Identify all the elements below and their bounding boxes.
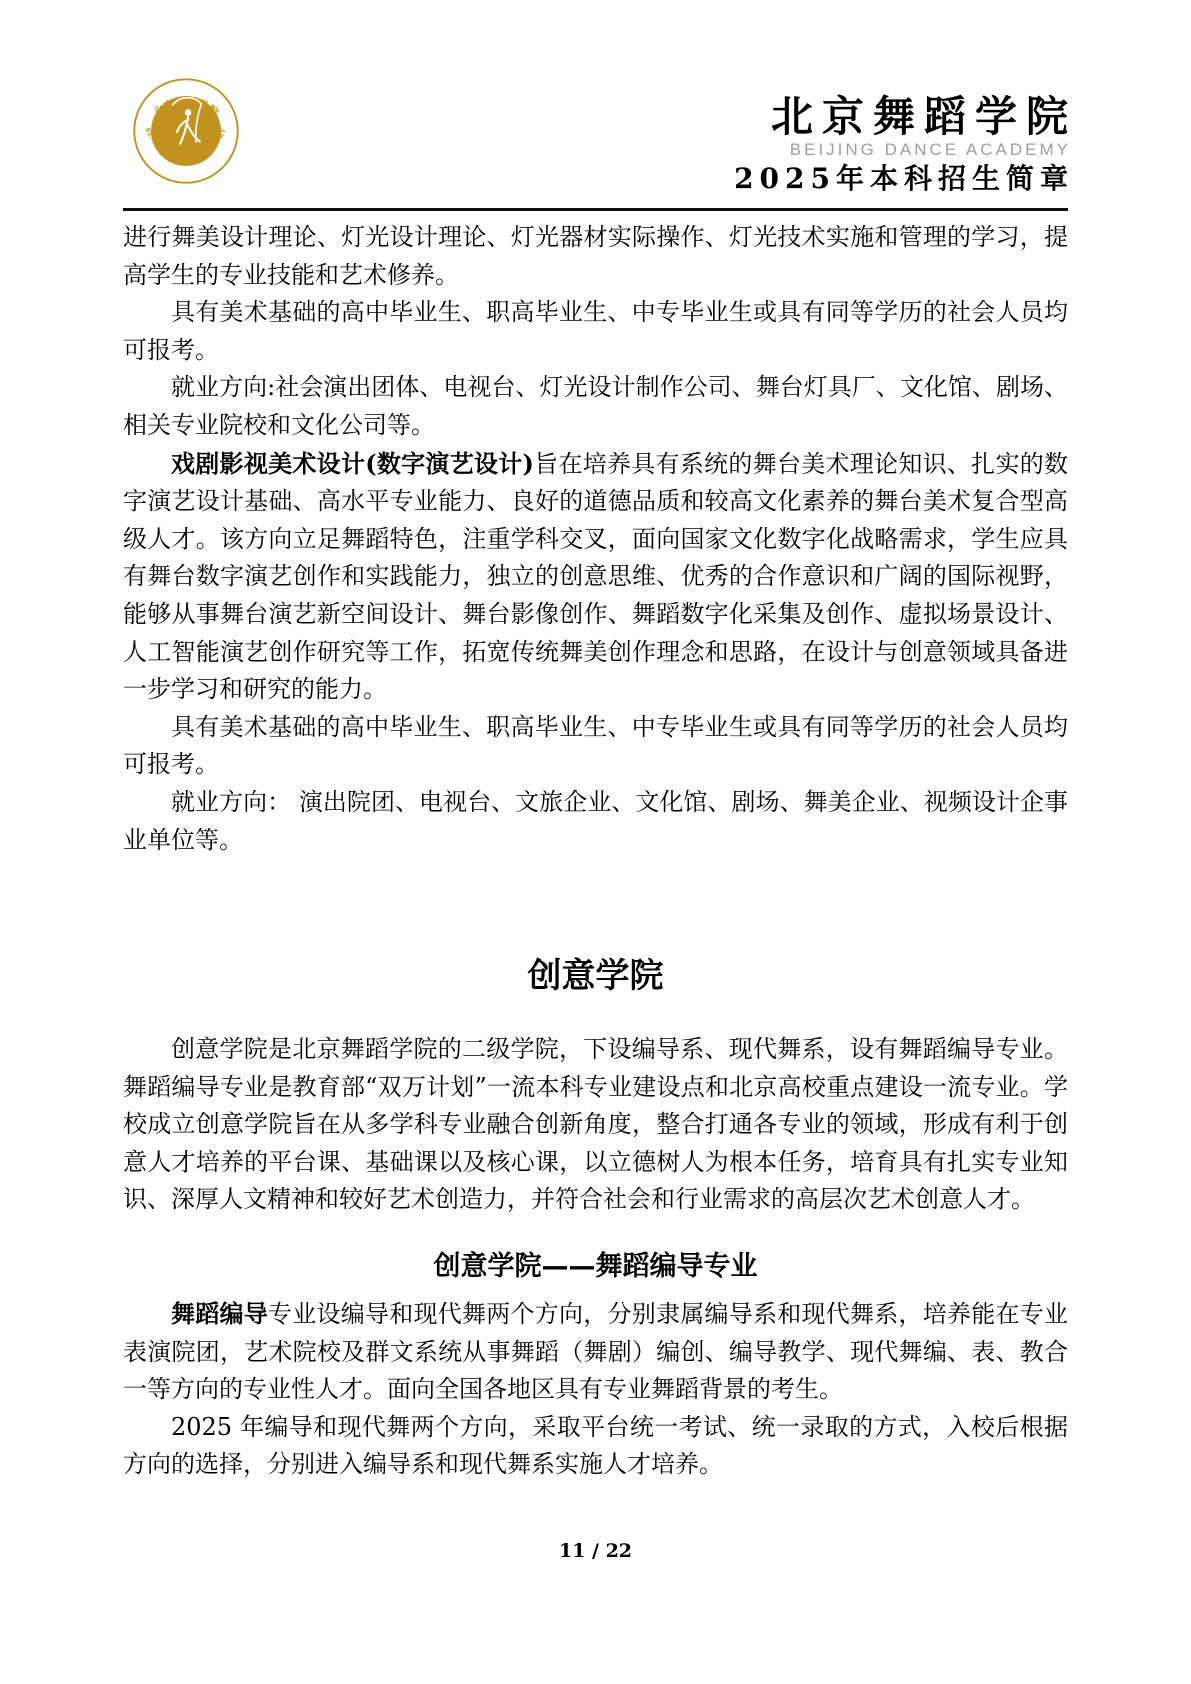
document-page: 北京舞蹈学院 BEIJING DANCE ACADEMY 北京舞蹈学院 BEIJ… [0,0,1191,1684]
academy-name-en: BEIJING DANCE ACADEMY [734,141,1071,160]
page-number: 11 / 22 [559,1540,632,1562]
paragraph-digital-jobs: 就业方向： 演出院团、电视台、文旅企业、文化馆、剧场、舞美企业、视频设计企事业单… [123,784,1068,859]
digital-design-program-title: 戏剧影视美术设计(数字演艺设计) [171,449,534,478]
paragraph-2025-admissions: 2025 年编导和现代舞两个方向，采取平台统一考试、统一录取的方式，入校后根据方… [123,1409,1068,1484]
brochure-subtitle: 2025年本科招生简章 [734,163,1074,195]
paragraph-lighting-tail: 进行舞美设计理论、灯光设计理论、灯光器材实际操作、灯光技术实施和管理的学习，提高… [123,219,1068,294]
paragraph-creative-intro: 创意学院是北京舞蹈学院的二级学院，下设编导系、现代舞系，设有舞蹈编导专业。舞蹈编… [123,1031,1068,1219]
paragraph-choreography: 舞蹈编导专业设编导和现代舞两个方向，分别隶属编导系和现代舞系，培养能在专业表演院… [123,1295,1068,1409]
digital-design-program-text: 旨在培养具有系统的舞台美术理论知识、扎实的数字演艺设计基础、高水平专业能力、良好… [123,450,1068,704]
paragraph-lighting-jobs: 就业方向:社会演出团体、电视台、灯光设计制作公司、舞台灯具厂、文化馆、剧场、相关… [123,369,1068,444]
header-divider [123,208,1068,211]
subheading-choreography-major: 创意学院——舞蹈编导专业 [123,1249,1068,1285]
header-title-block: 北京舞蹈学院 BEIJING DANCE ACADEMY 2025年本科招生简章 [734,94,1068,195]
section-heading-creative-college: 创意学院 [123,954,1068,999]
paragraph-digital-design: 戏剧影视美术设计(数字演艺设计)旨在培养具有系统的舞台美术理论知识、扎实的数字演… [123,445,1068,709]
paragraph-digital-eligibility: 具有美术基础的高中毕业生、职高毕业生、中专毕业生或具有同等学历的社会人员均可报考… [123,709,1068,784]
paragraph-lighting-eligibility: 具有美术基础的高中毕业生、职高毕业生、中专毕业生或具有同等学历的社会人员均可报考… [123,294,1068,369]
academy-seal-logo: 北京舞蹈学院 BEIJING DANCE ACADEMY [133,78,239,184]
academy-name-cn: 北京舞蹈学院 [734,94,1077,140]
choreography-major-title: 舞蹈编导 [171,1299,268,1328]
page-footer: 11 / 22 [0,1540,1191,1562]
document-body: 进行舞美设计理论、灯光设计理论、灯光器材实际操作、灯光技术实施和管理的学习，提高… [123,219,1068,1484]
